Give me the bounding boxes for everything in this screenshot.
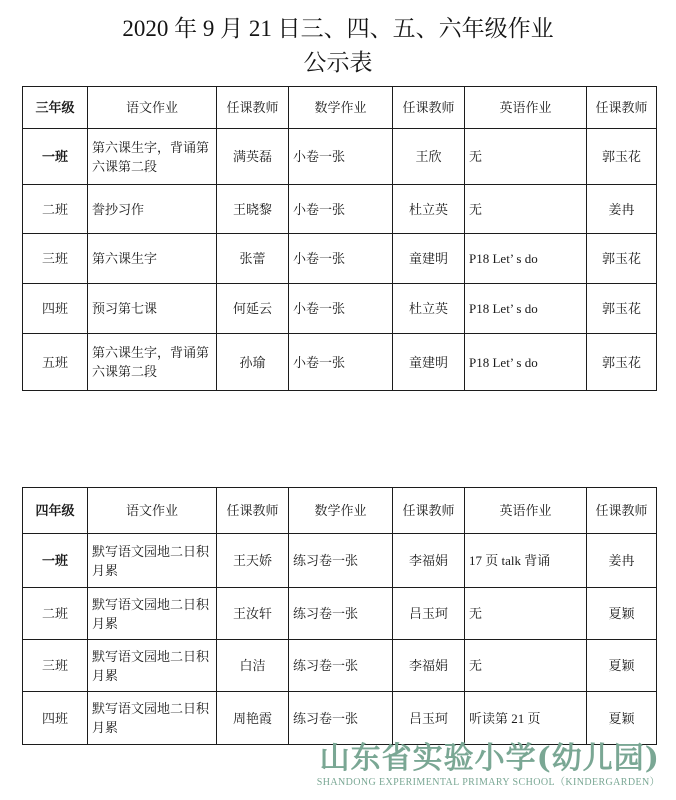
math-homework-cell: 练习卷一张 bbox=[289, 692, 393, 745]
chinese-teacher-cell: 王汝轩 bbox=[217, 588, 289, 640]
grade-header: 三年级 bbox=[23, 87, 88, 129]
english-homework-cell: P18 Let’ s do bbox=[465, 334, 587, 391]
chinese-homework-cell: 第六课生字，背诵第六课第二段 bbox=[88, 129, 217, 185]
chinese-teacher-cell: 王晓黎 bbox=[217, 185, 289, 234]
english-teacher-cell: 郭玉花 bbox=[587, 284, 657, 334]
page-title-line1: 2020 年 9 月 21 日三、四、五、六年级作业 bbox=[0, 12, 676, 46]
class-label: 一班 bbox=[23, 129, 88, 185]
math-teacher-cell: 李福娟 bbox=[393, 534, 465, 588]
english-homework-cell: 无 bbox=[465, 588, 587, 640]
table-row: 四班 默写语文园地二日积月累 周艳霞 练习卷一张 吕玉珂 听读第 21 页 夏颖 bbox=[23, 692, 657, 745]
table-row: 五班 第六课生字，背诵第六课第二段 孙瑜 小卷一张 童建明 P18 Let’ s… bbox=[23, 334, 657, 391]
math-teacher-cell: 杜立英 bbox=[393, 185, 465, 234]
english-homework-cell: 17 页 talk 背诵 bbox=[465, 534, 587, 588]
column-header-math: 数学作业 bbox=[289, 87, 393, 129]
english-homework-cell: 无 bbox=[465, 640, 587, 692]
chinese-homework-cell: 第六课生字，背诵第六课第二段 bbox=[88, 334, 217, 391]
english-teacher-cell: 郭玉花 bbox=[587, 129, 657, 185]
english-homework-cell: 听读第 21 页 bbox=[465, 692, 587, 745]
chinese-teacher-cell: 王天娇 bbox=[217, 534, 289, 588]
homework-table-grade3: 三年级 语文作业 任课教师 数学作业 任课教师 英语作业 任课教师 一班 第六课… bbox=[22, 86, 657, 391]
class-label: 二班 bbox=[23, 185, 88, 234]
column-header-teacher: 任课教师 bbox=[217, 488, 289, 534]
english-homework-cell: 无 bbox=[465, 185, 587, 234]
english-homework-cell: P18 Let’ s do bbox=[465, 284, 587, 334]
class-label: 一班 bbox=[23, 534, 88, 588]
english-teacher-cell: 郭玉花 bbox=[587, 334, 657, 391]
math-homework-cell: 练习卷一张 bbox=[289, 588, 393, 640]
math-homework-cell: 练习卷一张 bbox=[289, 640, 393, 692]
chinese-homework-cell: 誊抄习作 bbox=[88, 185, 217, 234]
school-logo-english: SHANDONG EXPERIMENTAL PRIMARY SCHOOL（KIN… bbox=[317, 776, 660, 789]
math-homework-cell: 小卷一张 bbox=[289, 334, 393, 391]
table-row: 四班 预习第七课 何延云 小卷一张 杜立英 P18 Let’ s do 郭玉花 bbox=[23, 284, 657, 334]
math-teacher-cell: 杜立英 bbox=[393, 284, 465, 334]
chinese-homework-cell: 默写语文园地二日积月累 bbox=[88, 692, 217, 745]
chinese-homework-cell: 默写语文园地二日积月累 bbox=[88, 640, 217, 692]
english-teacher-cell: 姜冉 bbox=[587, 185, 657, 234]
math-teacher-cell: 李福娟 bbox=[393, 640, 465, 692]
school-logo-chinese: 山东省实验小学(幼儿园) bbox=[317, 742, 660, 775]
class-label: 二班 bbox=[23, 588, 88, 640]
math-teacher-cell: 童建明 bbox=[393, 234, 465, 284]
chinese-teacher-cell: 孙瑜 bbox=[217, 334, 289, 391]
english-teacher-cell: 郭玉花 bbox=[587, 234, 657, 284]
table-row: 二班 默写语文园地二日积月累 王汝轩 练习卷一张 吕玉珂 无 夏颖 bbox=[23, 588, 657, 640]
chinese-homework-cell: 第六课生字 bbox=[88, 234, 217, 284]
table-row: 一班 默写语文园地二日积月累 王天娇 练习卷一张 李福娟 17 页 talk 背… bbox=[23, 534, 657, 588]
math-teacher-cell: 童建明 bbox=[393, 334, 465, 391]
table-row: 三班 默写语文园地二日积月累 白洁 练习卷一张 李福娟 无 夏颖 bbox=[23, 640, 657, 692]
english-teacher-cell: 夏颖 bbox=[587, 640, 657, 692]
page-title: 2020 年 9 月 21 日三、四、五、六年级作业 公示表 bbox=[0, 0, 676, 80]
table-row: 一班 第六课生字，背诵第六课第二段 满英磊 小卷一张 王欣 无 郭玉花 bbox=[23, 129, 657, 185]
class-label: 三班 bbox=[23, 640, 88, 692]
homework-table-grade4: 四年级 语文作业 任课教师 数学作业 任课教师 英语作业 任课教师 一班 默写语… bbox=[22, 487, 657, 745]
chinese-homework-cell: 预习第七课 bbox=[88, 284, 217, 334]
english-teacher-cell: 姜冉 bbox=[587, 534, 657, 588]
english-homework-cell: 无 bbox=[465, 129, 587, 185]
math-teacher-cell: 王欣 bbox=[393, 129, 465, 185]
math-homework-cell: 小卷一张 bbox=[289, 284, 393, 334]
table-row: 二班 誊抄习作 王晓黎 小卷一张 杜立英 无 姜冉 bbox=[23, 185, 657, 234]
table-header-row: 三年级 语文作业 任课教师 数学作业 任课教师 英语作业 任课教师 bbox=[23, 87, 657, 129]
chinese-homework-cell: 默写语文园地二日积月累 bbox=[88, 534, 217, 588]
chinese-teacher-cell: 满英磊 bbox=[217, 129, 289, 185]
column-header-teacher: 任课教师 bbox=[587, 87, 657, 129]
math-homework-cell: 小卷一张 bbox=[289, 129, 393, 185]
chinese-teacher-cell: 周艳霞 bbox=[217, 692, 289, 745]
table-row: 三班 第六课生字 张蕾 小卷一张 童建明 P18 Let’ s do 郭玉花 bbox=[23, 234, 657, 284]
math-homework-cell: 小卷一张 bbox=[289, 185, 393, 234]
page-title-line2: 公示表 bbox=[0, 46, 676, 80]
column-header-english: 英语作业 bbox=[465, 87, 587, 129]
column-header-math: 数学作业 bbox=[289, 488, 393, 534]
document-page: 2020 年 9 月 21 日三、四、五、六年级作业 公示表 三年级 语文作业 … bbox=[0, 0, 676, 800]
column-header-chinese: 语文作业 bbox=[88, 488, 217, 534]
english-homework-cell: P18 Let’ s do bbox=[465, 234, 587, 284]
chinese-teacher-cell: 白洁 bbox=[217, 640, 289, 692]
class-label: 三班 bbox=[23, 234, 88, 284]
chinese-teacher-cell: 何延云 bbox=[217, 284, 289, 334]
column-header-chinese: 语文作业 bbox=[88, 87, 217, 129]
chinese-teacher-cell: 张蕾 bbox=[217, 234, 289, 284]
column-header-teacher: 任课教师 bbox=[393, 87, 465, 129]
column-header-english: 英语作业 bbox=[465, 488, 587, 534]
column-header-teacher: 任课教师 bbox=[393, 488, 465, 534]
class-label: 四班 bbox=[23, 284, 88, 334]
school-logo: 山东省实验小学(幼儿园) SHANDONG EXPERIMENTAL PRIMA… bbox=[317, 742, 660, 789]
grade-header: 四年级 bbox=[23, 488, 88, 534]
table-header-row: 四年级 语文作业 任课教师 数学作业 任课教师 英语作业 任课教师 bbox=[23, 488, 657, 534]
english-teacher-cell: 夏颖 bbox=[587, 588, 657, 640]
chinese-homework-cell: 默写语文园地二日积月累 bbox=[88, 588, 217, 640]
class-label: 四班 bbox=[23, 692, 88, 745]
class-label: 五班 bbox=[23, 334, 88, 391]
math-teacher-cell: 吕玉珂 bbox=[393, 588, 465, 640]
english-teacher-cell: 夏颖 bbox=[587, 692, 657, 745]
column-header-teacher: 任课教师 bbox=[587, 488, 657, 534]
column-header-teacher: 任课教师 bbox=[217, 87, 289, 129]
math-homework-cell: 小卷一张 bbox=[289, 234, 393, 284]
math-homework-cell: 练习卷一张 bbox=[289, 534, 393, 588]
math-teacher-cell: 吕玉珂 bbox=[393, 692, 465, 745]
